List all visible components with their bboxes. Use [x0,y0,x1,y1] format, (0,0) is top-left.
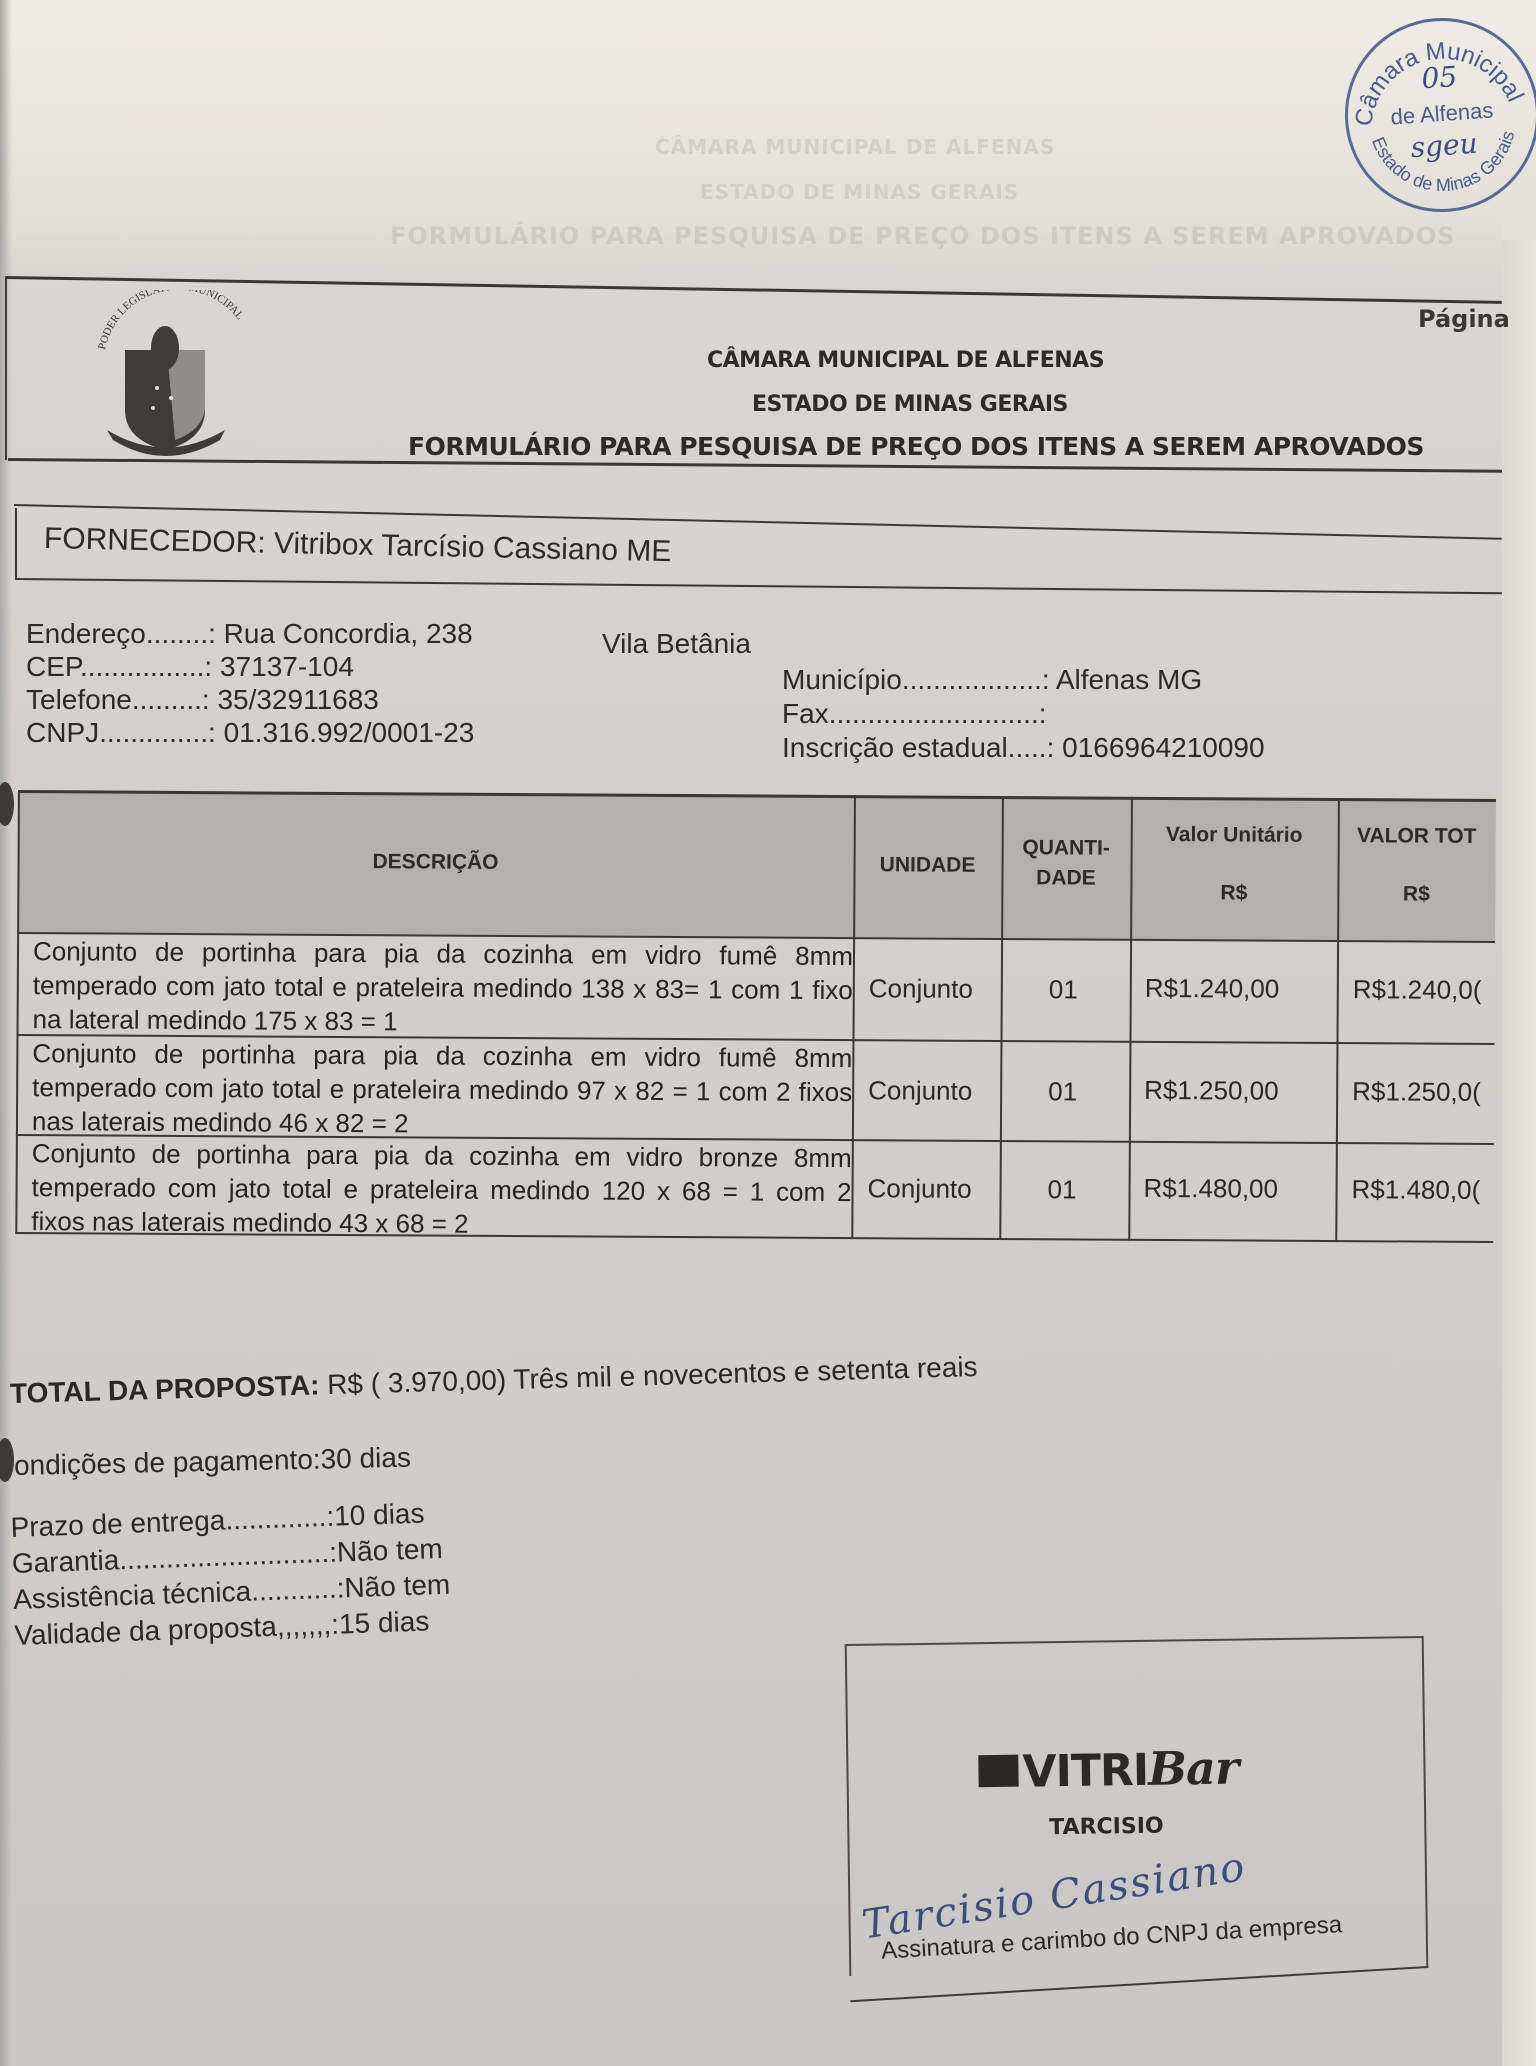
header-valor-total-currency: R$ [1337,882,1495,907]
header-unidade: UNIDADE [853,853,1001,878]
header-left-border [5,278,7,460]
signature-box: VITRIBar TARCISIO Tarcisio Cassiano Assi… [845,1636,1429,1976]
row-1-total-price: R$1.240,0( [1353,974,1495,1006]
company-stamp-name: TARCISIO [1049,1814,1164,1841]
supplier-left-border [15,508,17,580]
page-label: Página [1418,305,1510,333]
term-delivery-value: 10 dias [334,1498,425,1532]
municipality-row: Município..................: Alfenas MG [782,663,1265,697]
header-quantidade-2: DADE [1001,866,1130,891]
supplier-label: FORNECEDOR: [44,522,266,560]
row-1-description: Conjunto de portinha para pia da cozinha… [32,934,853,1041]
bleed-line-1: CÂMARA MUNICIPAL DE ALFENAS [655,135,1055,159]
municipal-stamp: Câmara Municipal Estado de Minas Gerais … [1338,11,1536,218]
header-valor-unitario-currency: R$ [1130,881,1337,906]
title-camara: CÂMARA MUNICIPAL DE ALFENAS [707,348,1104,373]
row-3-unit-price: R$1.480,00 [1143,1173,1278,1205]
supplier-info-right: Município..................: Alfenas MG … [782,663,1265,765]
bleed-line-2: ESTADO DE MINAS GERAIS [700,180,1019,204]
row-1-unit-price: R$1.240,00 [1145,973,1280,1005]
bleed-line-3: FORMULÁRIO PARA PESQUISA DE PREÇO DOS IT… [390,222,1456,250]
cnpj-label: CNPJ..............: [26,717,216,748]
address-row: Endereço........: Rua Concordia, 238 [26,617,474,650]
phone-label: Telefone.........: [26,684,210,715]
header-quantidade-1: QUANTI- [1002,836,1131,861]
state-registration-value: 0166964210090 [1062,732,1264,763]
title-formulario: FORMULÁRIO PARA PESQUISA DE PREÇO DOS IT… [408,432,1424,461]
state-registration-label: Inscrição estadual.....: [782,732,1054,763]
fax-row: Fax...........................: [782,697,1265,731]
cep-value: 37137-104 [220,651,354,682]
cep-label: CEP................: [26,651,212,682]
address-value: Rua Concordia, 238 [224,618,473,649]
row-3-quantity: 01 [1047,1174,1076,1205]
neighborhood-value: Vila Betânia [602,627,751,660]
header-valor-unitario: Valor Unitário [1131,823,1338,848]
title-estado: ESTADO DE MINAS GERAIS [752,392,1068,417]
term-warranty-value: Não tem [336,1533,443,1568]
row-3-description: Conjunto de portinha para pia da cozinha… [31,1136,852,1243]
cep-row: CEP................: 37137-104 [26,650,474,683]
company-stamp-text: VITRI [1022,1745,1148,1798]
row-2-unit-price: R$1.250,00 [1144,1075,1279,1107]
row-2-description: Conjunto de portinha para pia da cozinha… [32,1036,853,1143]
company-logo-icon [978,1755,1018,1788]
municipality-label: Município..................: [782,664,1050,695]
row-2-total-price: R$1.250,0( [1352,1076,1494,1108]
cnpj-value: 01.316.992/0001-23 [224,717,475,748]
row-3-total-price: R$1.480,0( [1351,1174,1493,1206]
next-page-edge [1502,240,1536,2066]
phone-value: 35/32911683 [217,684,378,715]
row-2-quantity: 01 [1048,1076,1077,1107]
header-valor-total: VALOR TOT [1338,824,1496,849]
cnpj-row: CNPJ..............: 01.316.992/0001-23 [26,716,474,749]
row-1-unit: Conjunto [869,973,973,1005]
company-stamp-logo: VITRIBar [978,1741,1238,1799]
supplier-name: Vitribox Tarcísio Cassiano ME [274,527,672,568]
row-3-unit: Conjunto [867,1173,971,1205]
row-1-quantity: 01 [1049,974,1078,1005]
coat-of-arms-icon: PODER LEGISLATIVO MUNICIPAL [95,290,260,460]
fax-label: Fax...........................: [782,698,1047,729]
row-2-unit: Conjunto [868,1075,972,1107]
term-validity-value: 15 dias [338,1605,429,1639]
header-descricao: DESCRIÇÃO [17,848,853,877]
municipality-value: Alfenas MG [1056,664,1202,695]
term-support-value: Não tem [344,1569,451,1604]
phone-row: Telefone.........: 35/32911683 [26,683,474,716]
supplier-info-left: Endereço........: Rua Concordia, 238 CEP… [26,617,474,749]
address-label: Endereço........: [26,618,216,649]
company-stamp-script: Bar [1148,1741,1239,1796]
state-registration-row: Inscrição estadual.....: 0166964210090 [782,731,1265,765]
terms-list: Prazo de entrega.............:10 dias Ga… [10,1495,452,1654]
